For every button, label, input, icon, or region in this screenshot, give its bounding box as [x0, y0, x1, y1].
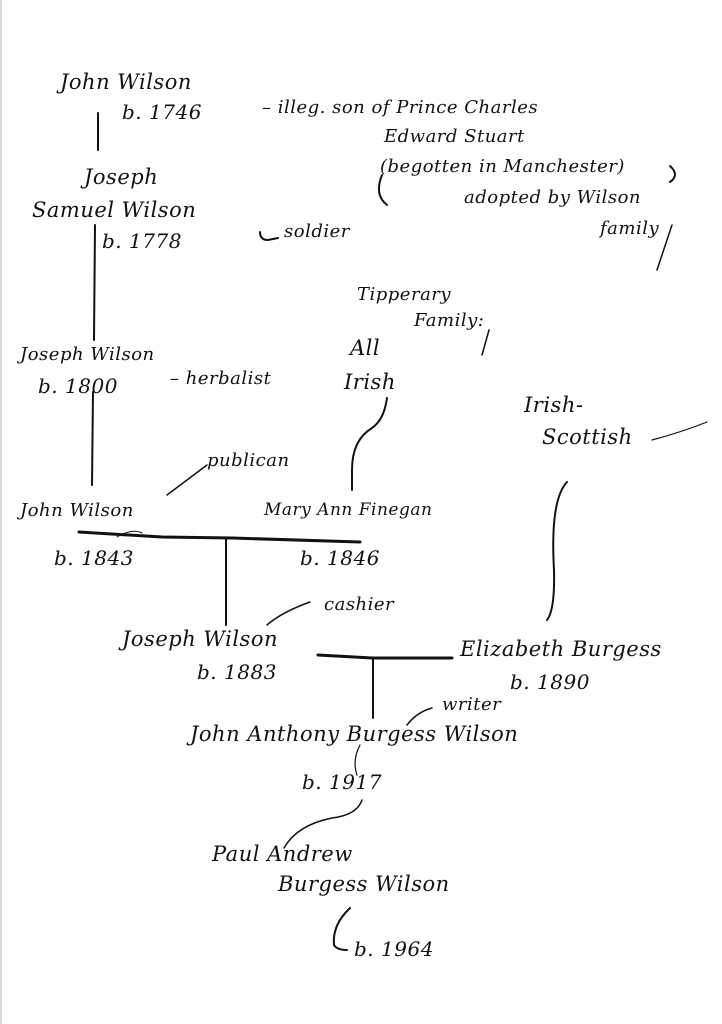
person-name-elizabeth-burgess: Elizabeth Burgess — [460, 637, 662, 661]
note-irish-scottish-line2: Scottish — [542, 425, 633, 449]
note-tipperary-line3: All — [350, 336, 380, 360]
birth-date-1843: b. 1843 — [54, 546, 134, 570]
person-name-john-anthony-burgess-wilson: John Anthony Burgess Wilson — [190, 722, 518, 746]
note-irish-scottish-line1: Irish- — [524, 393, 583, 417]
person-name-joseph-wilson-1800: Joseph Wilson — [20, 344, 155, 365]
person-name-john-wilson-1843: John Wilson — [20, 500, 134, 521]
note-tipperary-line1: Tipperary — [357, 284, 451, 305]
person-name-joseph-wilson-1883: Joseph Wilson — [122, 627, 278, 651]
birth-date-1800: b. 1800 — [38, 374, 118, 398]
person-name-joseph-samuel-wilson: Samuel Wilson — [32, 198, 196, 222]
person-name-john-wilson-1746: John Wilson — [60, 70, 192, 94]
note-writer: writer — [442, 694, 501, 715]
birth-date-1917: b. 1917 — [302, 770, 382, 794]
birth-date-1846: b. 1846 — [300, 546, 380, 570]
birth-date-1746: b. 1746 — [122, 100, 202, 124]
note-tipperary-line4: Irish — [344, 370, 396, 394]
birth-date-1778: b. 1778 — [102, 229, 182, 253]
person-name-burgess-wilson: Burgess Wilson — [278, 872, 450, 896]
note-soldier: soldier — [284, 221, 350, 242]
note-herbalist: – herbalist — [170, 368, 271, 389]
note-tipperary-line2: Family: — [414, 310, 484, 331]
note-stuart-line3: (begotten in Manchester) — [380, 156, 625, 177]
handwritten-page: John Wilson b. 1746 – illeg. son of Prin… — [0, 0, 722, 1024]
birth-date-1883: b. 1883 — [197, 660, 277, 684]
note-stuart-line2: Edward Stuart — [384, 126, 525, 147]
note-stuart-line4: adopted by Wilson — [464, 187, 641, 208]
note-cashier: cashier — [324, 594, 394, 615]
birth-date-1964: b. 1964 — [354, 937, 434, 961]
note-stuart-line1: – illeg. son of Prince Charles — [262, 97, 538, 118]
person-name-joseph-line1: Joseph — [84, 165, 158, 189]
person-name-paul-andrew: Paul Andrew — [212, 842, 353, 866]
birth-date-1890: b. 1890 — [510, 670, 590, 694]
note-stuart-line5: family — [600, 218, 659, 239]
note-publican: publican — [207, 450, 290, 471]
person-name-mary-ann-finegan: Mary Ann Finegan — [264, 500, 432, 520]
